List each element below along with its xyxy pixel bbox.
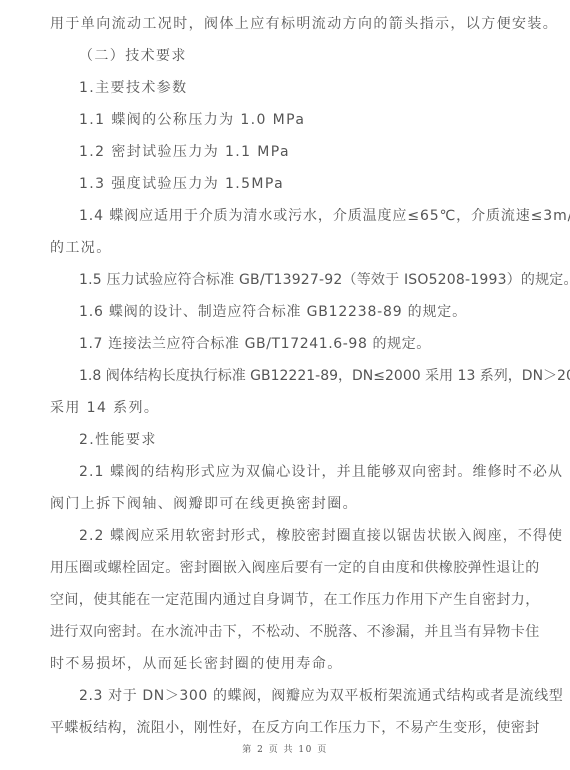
text-line: 用压圈或螺栓固定。密封圈嵌入阀座后要有一定的自由度和供橡胶弹性退让的 xyxy=(50,558,540,578)
text-line: 采用 14 系列。 xyxy=(50,398,159,418)
text-line: 1.6 蝶阀的设计、制造应符合标准 GB12238-89 的规定。 xyxy=(79,302,467,322)
text-line: 2.2 蝶阀应采用软密封形式，橡胶密封圈直接以锯齿状嵌入阀座，不得使 xyxy=(79,526,563,546)
text-line: 阀门上拆下阀轴、阀瓣即可在线更换密封圈。 xyxy=(50,494,358,514)
text-line: 2.3 对于 DN＞300 的蝶阀，阀瓣应为双平板桁架流通式结构或者是流线型 xyxy=(79,686,563,706)
text-line: 的工况。 xyxy=(50,238,112,258)
text-line: 1.7 连接法兰应符合标准 GB/T17241.6-98 的规定。 xyxy=(79,334,431,354)
page-number-footer: 第 2 页 共 10 页 xyxy=(0,742,570,755)
text-line: 平蝶板结构，流阻小，刚性好，在反方向工作压力下，不易产生变形，使密封 xyxy=(50,718,540,738)
text-line: 进行双向密封。在水流冲击下，不松动、不脱落、不渗漏，并且当有异物卡住 xyxy=(50,622,540,642)
text-line: 空间，使其能在一定范围内通过自身调节，在工作压力作用下产生自密封力， xyxy=(50,590,540,610)
text-line: 1.3 强度试验压力为 1.5MPa xyxy=(79,174,284,194)
subsection-heading: 2.性能要求 xyxy=(79,430,157,450)
text-line: 1.1 蝶阀的公称压力为 1.0 MPa xyxy=(79,110,305,130)
text-line: 时不易损坏，从而延长密封圈的使用寿命。 xyxy=(50,654,343,674)
section-heading: （二）技术要求 xyxy=(79,46,187,66)
text-line: 2.1 蝶阀的结构形式应为双偏心设计，并且能够双向密封。维修时不必从 xyxy=(79,462,563,482)
text-line: 1.5 压力试验应符合标准 GB/T13927-92（等效于 ISO5208-1… xyxy=(79,270,570,290)
text-line: 1.2 密封试验压力为 1.1 MPa xyxy=(79,142,290,162)
text-line: 1.4 蝶阀应适用于介质为清水或污水，介质温度应≤65℃，介质流速≤3m/s xyxy=(79,206,570,226)
text-line: 1.8 阀体结构长度执行标准 GB12221-89，DN≤2000 采用 13 … xyxy=(79,366,570,386)
text-line: 用于单向流动工况时，阀体上应有标明流动方向的箭头指示，以方便安装。 xyxy=(50,14,558,34)
subsection-heading: 1.主要技术参数 xyxy=(79,78,188,98)
